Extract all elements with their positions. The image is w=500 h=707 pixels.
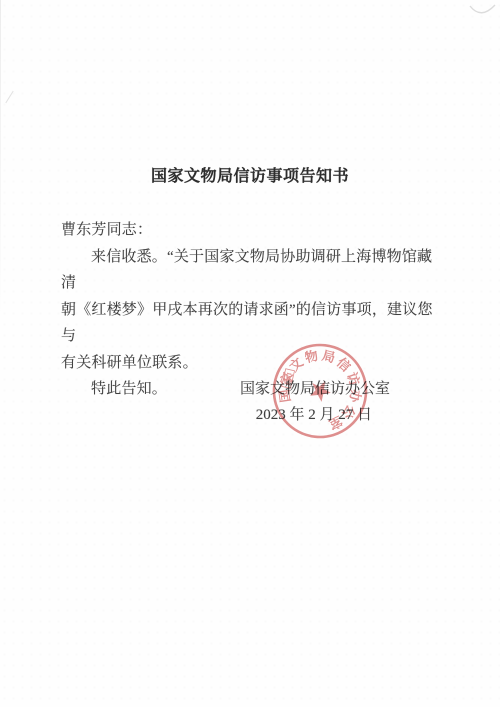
salutation: 曹东芳同志：	[61, 217, 440, 244]
letter-body: 曹东芳同志： 来信收悉。“关于国家文物局协助调研上海博物馆藏清 朝《红楼梦》甲戌…	[61, 217, 440, 403]
body-line-2: 朝《红楼梦》甲戌本再次的请求函”的信访事项，建议您与	[61, 297, 440, 350]
body-line-3: 有关科研单位联系。	[61, 350, 440, 377]
document-page: 国家文物局信访事项告知书 曹东芳同志： 来信收悉。“关于国家文物局协助调研上海博…	[0, 0, 500, 707]
scan-edge-shadow	[0, 0, 1, 320]
body-line-1: 来信收悉。“关于国家文物局协助调研上海博物馆藏清	[61, 244, 440, 297]
document-title: 国家文物局信访事项告知书	[0, 163, 500, 186]
signature-office: 国家文物局信访办公室	[240, 377, 390, 398]
scan-artifact-left	[5, 91, 13, 103]
scan-artifact-top-right	[468, 2, 498, 22]
signature-date: 2023 年 2 月 27 日	[256, 403, 372, 424]
